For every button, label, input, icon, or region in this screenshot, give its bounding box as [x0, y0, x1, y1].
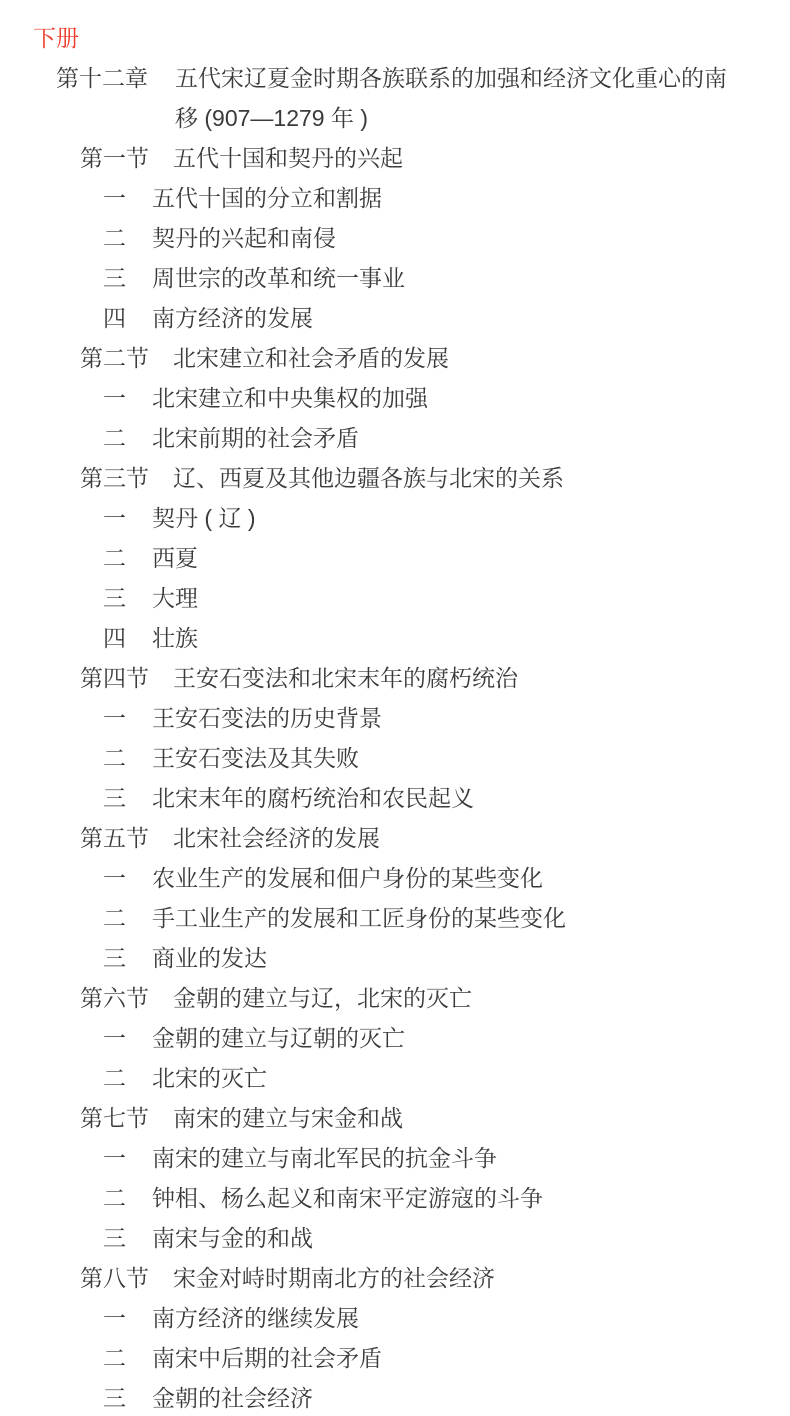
subsection-entry: 三 南宋与金的和战 — [103, 1218, 790, 1258]
subsection-entry: 二 钟相、杨么起义和南宋平定游寇的斗争 — [103, 1178, 790, 1218]
subsection-entry: 二 手工业生产的发展和工匠身份的某些变化 — [103, 898, 790, 938]
subsection-entry: 二 西夏 — [103, 538, 790, 578]
subsection-title: 金朝的建立与辽朝的灭亡 — [152, 1018, 405, 1058]
chapter-entry: 第十二章 五代宋辽夏金时期各族联系的加强和经济文化重心的南 移 (907—127… — [56, 58, 790, 138]
subsection-title: 南宋的建立与南北军民的抗金斗争 — [152, 1138, 497, 1178]
section-number-label: 第一节 — [80, 138, 173, 178]
subsection-title: 农业生产的发展和佃户身份的某些变化 — [152, 858, 543, 898]
section-title: 北宋建立和社会矛盾的发展 — [173, 338, 449, 378]
chapter-title: 五代宋辽夏金时期各族联系的加强和经济文化重心的南 移 (907—1279 年 ) — [175, 58, 727, 138]
subsection-entry: 四 南方经济的发展 — [103, 298, 790, 338]
subsection-number: 一 — [103, 858, 152, 898]
subsection-title: 契丹 ( 辽 ) — [152, 498, 256, 538]
section-title: 金朝的建立与辽，北宋的灭亡 — [173, 978, 472, 1018]
subsection-number: 三 — [103, 1218, 152, 1258]
subsection-number: 二 — [103, 1058, 152, 1098]
subsection-title: 壮族 — [152, 618, 198, 658]
subsection-number: 三 — [103, 778, 152, 818]
subsection-entry: 一 南方经济的继续发展 — [103, 1298, 790, 1338]
subsection-number: 二 — [103, 738, 152, 778]
subsection-title: 手工业生产的发展和工匠身份的某些变化 — [152, 898, 566, 938]
subsection-number: 二 — [103, 418, 152, 458]
subsection-number: 三 — [103, 258, 152, 298]
subsection-title: 钟相、杨么起义和南宋平定游寇的斗争 — [152, 1178, 543, 1218]
subsection-number: 一 — [103, 178, 152, 218]
subsection-title: 北宋前期的社会矛盾 — [152, 418, 359, 458]
section-entry: 第七节 南宋的建立与宋金和战 — [80, 1098, 790, 1138]
chapter-title-line-2: 移 (907—1279 年 ) — [175, 98, 727, 138]
subsection-title: 商业的发达 — [152, 938, 267, 978]
subsection-number: 三 — [103, 1378, 152, 1416]
toc-page: 下册 第十二章 五代宋辽夏金时期各族联系的加强和经济文化重心的南 移 (907—… — [0, 0, 790, 1416]
subsection-title: 南方经济的发展 — [152, 298, 313, 338]
subsection-number: 一 — [103, 1018, 152, 1058]
subsection-entry: 一 南宋的建立与南北军民的抗金斗争 — [103, 1138, 790, 1178]
subsection-number: 一 — [103, 698, 152, 738]
subsection-number: 三 — [103, 578, 152, 618]
subsection-title: 南方经济的继续发展 — [152, 1298, 359, 1338]
subsection-entry: 二 契丹的兴起和南侵 — [103, 218, 790, 258]
subsection-title: 北宋的灭亡 — [152, 1058, 267, 1098]
subsection-title: 大理 — [152, 578, 198, 618]
subsection-title: 五代十国的分立和割据 — [152, 178, 382, 218]
subsection-number: 一 — [103, 498, 152, 538]
subsection-number: 一 — [103, 1138, 152, 1178]
subsection-entry: 三 大理 — [103, 578, 790, 618]
subsection-entry: 三 金朝的社会经济 — [103, 1378, 790, 1416]
section-title: 王安石变法和北宋末年的腐朽统治 — [173, 658, 518, 698]
section-title: 北宋社会经济的发展 — [173, 818, 380, 858]
section-entry: 第四节 王安石变法和北宋末年的腐朽统治 — [80, 658, 790, 698]
chapter-title-line-1: 五代宋辽夏金时期各族联系的加强和经济文化重心的南 — [175, 58, 727, 98]
subsection-number: 二 — [103, 1178, 152, 1218]
subsection-title: 西夏 — [152, 538, 198, 578]
subsection-title: 王安石变法及其失败 — [152, 738, 359, 778]
volume-label: 下册 — [33, 18, 790, 58]
subsection-number: 四 — [103, 618, 152, 658]
subsection-title: 北宋末年的腐朽统治和农民起义 — [152, 778, 474, 818]
section-entry: 第六节 金朝的建立与辽，北宋的灭亡 — [80, 978, 790, 1018]
subsection-entry: 三 商业的发达 — [103, 938, 790, 978]
subsection-number: 二 — [103, 1338, 152, 1378]
subsection-entry: 一 王安石变法的历史背景 — [103, 698, 790, 738]
subsection-number: 二 — [103, 898, 152, 938]
section-number-label: 第八节 — [80, 1258, 173, 1298]
section-number-label: 第四节 — [80, 658, 173, 698]
subsection-number: 三 — [103, 938, 152, 978]
sections-list: 第一节 五代十国和契丹的兴起 一 五代十国的分立和割据 二 契丹的兴起和南侵 三… — [0, 138, 790, 1416]
section-entry: 第五节 北宋社会经济的发展 — [80, 818, 790, 858]
subsection-number: 一 — [103, 1298, 152, 1338]
subsection-entry: 四 壮族 — [103, 618, 790, 658]
section-title: 辽、西夏及其他边疆各族与北宋的关系 — [173, 458, 564, 498]
subsection-entry: 二 北宋前期的社会矛盾 — [103, 418, 790, 458]
section-number-label: 第二节 — [80, 338, 173, 378]
subsection-title: 契丹的兴起和南侵 — [152, 218, 336, 258]
subsection-entry: 一 契丹 ( 辽 ) — [103, 498, 790, 538]
subsection-title: 王安石变法的历史背景 — [152, 698, 382, 738]
subsection-title: 金朝的社会经济 — [152, 1378, 313, 1416]
chapter-number-label: 第十二章 — [56, 58, 175, 138]
subsection-entry: 二 南宋中后期的社会矛盾 — [103, 1338, 790, 1378]
subsection-entry: 三 北宋末年的腐朽统治和农民起义 — [103, 778, 790, 818]
section-entry: 第八节 宋金对峙时期南北方的社会经济 — [80, 1258, 790, 1298]
subsection-number: 二 — [103, 538, 152, 578]
subsection-title: 南宋中后期的社会矛盾 — [152, 1338, 382, 1378]
subsection-entry: 一 五代十国的分立和割据 — [103, 178, 790, 218]
subsection-number: 一 — [103, 378, 152, 418]
subsection-entry: 三 周世宗的改革和统一事业 — [103, 258, 790, 298]
section-entry: 第一节 五代十国和契丹的兴起 — [80, 138, 790, 178]
section-entry: 第三节 辽、西夏及其他边疆各族与北宋的关系 — [80, 458, 790, 498]
subsection-title: 周世宗的改革和统一事业 — [152, 258, 405, 298]
section-number-label: 第七节 — [80, 1098, 173, 1138]
section-entry: 第二节 北宋建立和社会矛盾的发展 — [80, 338, 790, 378]
subsection-number: 二 — [103, 218, 152, 258]
subsection-entry: 一 金朝的建立与辽朝的灭亡 — [103, 1018, 790, 1058]
subsection-entry: 一 北宋建立和中央集权的加强 — [103, 378, 790, 418]
section-number-label: 第六节 — [80, 978, 173, 1018]
subsection-title: 南宋与金的和战 — [152, 1218, 313, 1258]
subsection-number: 四 — [103, 298, 152, 338]
subsection-entry: 二 北宋的灭亡 — [103, 1058, 790, 1098]
subsection-title: 北宋建立和中央集权的加强 — [152, 378, 428, 418]
section-title: 宋金对峙时期南北方的社会经济 — [173, 1258, 495, 1298]
section-title: 南宋的建立与宋金和战 — [173, 1098, 403, 1138]
subsection-entry: 一 农业生产的发展和佃户身份的某些变化 — [103, 858, 790, 898]
section-number-label: 第五节 — [80, 818, 173, 858]
subsection-entry: 二 王安石变法及其失败 — [103, 738, 790, 778]
section-number-label: 第三节 — [80, 458, 173, 498]
section-title: 五代十国和契丹的兴起 — [173, 138, 403, 178]
